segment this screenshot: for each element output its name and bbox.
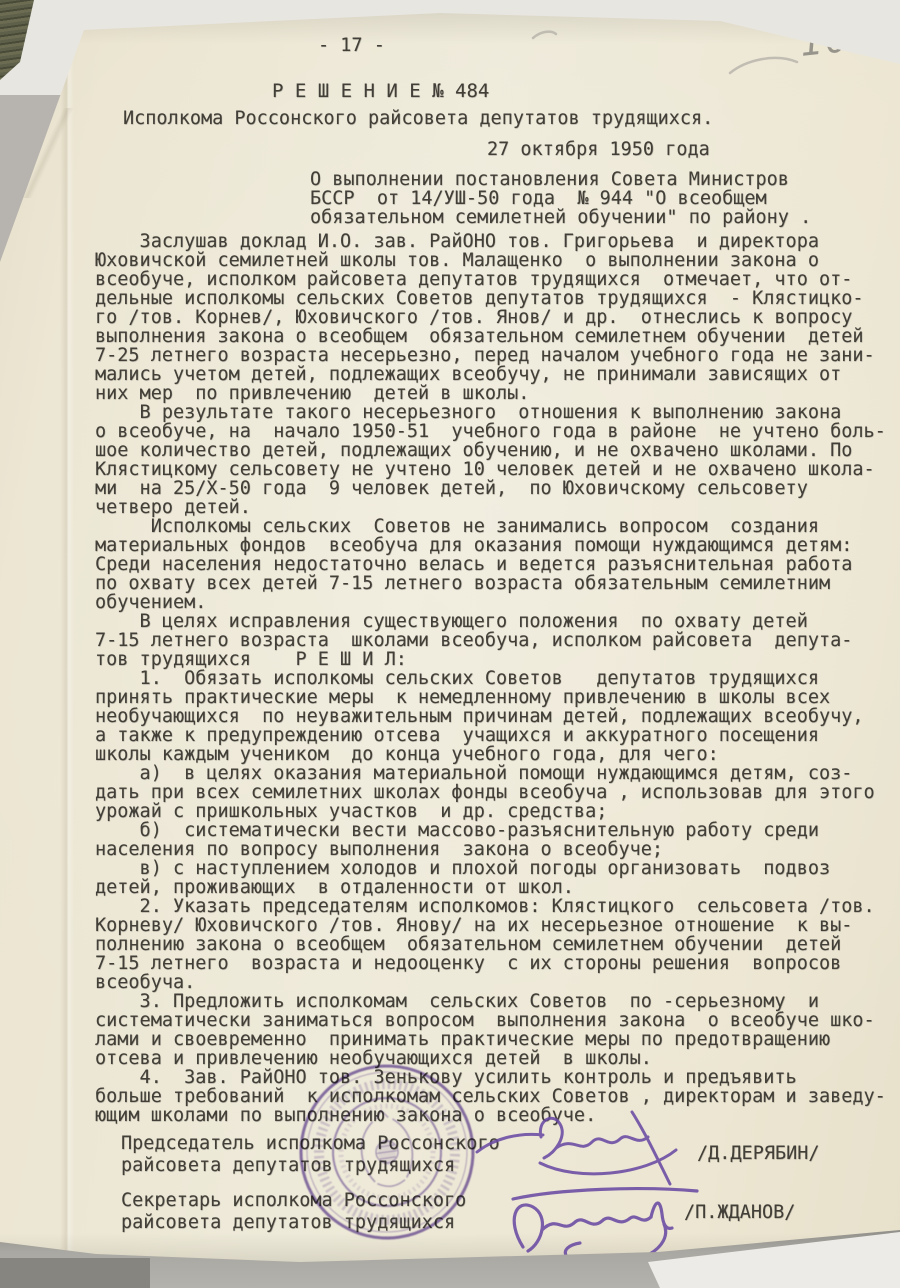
document-page: - 17 - 102 Р Е Ш Е Н И Е № 484 Исполкома… bbox=[0, 0, 900, 1288]
text-line: всеобуче, исполком райсовета депутатов т… bbox=[95, 270, 895, 289]
text-line: 7-25 летнего возраста несерьезно, перед … bbox=[95, 346, 895, 365]
signature-name-secretary: /П.ЖДАНОВ/ bbox=[684, 1203, 795, 1222]
text-line: тов трудящихся Р Е Ш И Л: bbox=[95, 650, 895, 669]
text-line: четверо детей. bbox=[95, 498, 895, 517]
text-line: всеобуча. bbox=[95, 973, 895, 992]
text-line: Среди населения недостаточно велась и ве… bbox=[95, 555, 895, 574]
text-line: о всеобуче, на начало 1950-51 учебного г… bbox=[95, 422, 895, 441]
text-line: полнению закона о всеобщем обязательном … bbox=[95, 935, 895, 954]
page-crease bbox=[0, 108, 95, 198]
text-line: школы каждым учеником до конца учебного … bbox=[95, 745, 895, 764]
text-line: урожай с пришкольных участков и др. сред… bbox=[95, 802, 895, 821]
text-line: населения по вопросу выполнения закона о… bbox=[95, 840, 895, 859]
document-body: Заслушав доклад И.О. зав. РайОНО тов. Гр… bbox=[95, 232, 895, 1125]
text-line: 1. Обязать исполкомы сельских Советов де… bbox=[95, 669, 895, 688]
signature-name-chairman: /Д.ДЕРЯБИН/ bbox=[697, 1144, 820, 1163]
text-line: Исполкомы сельских Советов не занимались… bbox=[95, 517, 895, 536]
text-line: 2. Указать председателям исполкомов: Кля… bbox=[95, 897, 895, 916]
document-title: Р Е Ш Е Н И Е № 484 bbox=[272, 82, 489, 101]
text-line: дать при всех семилетних школах фонды вс… bbox=[95, 783, 895, 802]
text-line: мались учетом детей, подлежащих всеобучу… bbox=[95, 365, 895, 384]
text-line: ми на 25/Х-50 года 9 человек детей, по Ю… bbox=[95, 479, 895, 498]
text-line: Заслушав доклад И.О. зав. РайОНО тов. Гр… bbox=[95, 232, 895, 251]
resolution-item-1a: а) в целях оказания материальной помощи … bbox=[95, 764, 895, 821]
text-line: В результате такого несерьезного отношен… bbox=[95, 403, 895, 422]
scan-background-bottom-shadow bbox=[0, 1258, 150, 1288]
text-line: Клястицкому сельсовету не учтено 10 чело… bbox=[95, 460, 895, 479]
text-line: детей, проживающих в отдаленности от шко… bbox=[95, 878, 895, 897]
text-line: обучением. bbox=[95, 593, 895, 612]
text-line: обязательном семилетней обучении" по рай… bbox=[310, 208, 811, 227]
text-line: Юховичской семилетней школы тов. Малащен… bbox=[95, 251, 895, 270]
resolution-item-1: 1. Обязать исполкомы сельских Советов де… bbox=[95, 669, 895, 764]
text-line: материальных фондов всеобуча для оказани… bbox=[95, 536, 895, 555]
text-line: 7-15 летнего возраста школами всеобуча, … bbox=[95, 631, 895, 650]
text-line: 7-15 летнего возраста и недооценку с их … bbox=[95, 954, 895, 973]
page-number: - 17 - bbox=[318, 36, 385, 55]
text-line: го /тов. Корнев/, Юховичского /тов. Янов… bbox=[95, 308, 895, 327]
text-line: шое количество детей, подлежащих обучени… bbox=[95, 441, 895, 460]
text-line: В целях исправления существующего положе… bbox=[95, 612, 895, 631]
text-line: а) в целях оказания материальной помощи … bbox=[95, 764, 895, 783]
official-round-stamp bbox=[275, 1040, 499, 1264]
text-line: выполнения закона о всеобщем обязательно… bbox=[95, 327, 895, 346]
text-line: Корневу/ Юховичского /тов. Янову/ на их … bbox=[95, 916, 895, 935]
paragraph-resolved-intro: В целях исправления существующего положе… bbox=[95, 612, 895, 669]
text-line: 3. Предложить исполкомам сельских Совето… bbox=[95, 992, 895, 1011]
text-line: принять практические меры к немедленному… bbox=[95, 688, 895, 707]
text-line: О выполнении постановления Совета Минист… bbox=[310, 170, 811, 189]
document-date: 27 октября 1950 года bbox=[487, 140, 710, 159]
paragraph-preamble: Заслушав доклад И.О. зав. РайОНО тов. Гр… bbox=[95, 232, 895, 403]
text-line: в) с наступлением холодов и плохой погод… bbox=[95, 859, 895, 878]
resolution-item-1v: в) с наступлением холодов и плохой погод… bbox=[95, 859, 895, 897]
text-line: а также к предупреждению отсева учащихся… bbox=[95, 726, 895, 745]
text-line: необучающихся по неуважительным причинам… bbox=[95, 707, 895, 726]
issuing-body: Исполкома Россонского райсовета депутато… bbox=[123, 109, 713, 128]
subject-block: О выполнении постановления Совета Минист… bbox=[310, 170, 811, 227]
paragraph-findings-1: В результате такого несерьезного отношен… bbox=[95, 403, 895, 517]
text-line: по охвату всех детей 7-15 летнего возрас… bbox=[95, 574, 895, 593]
text-line: них мер по привлечению детей в школы. bbox=[95, 384, 895, 403]
text-line: систематически заниматься вопросом выпол… bbox=[95, 1011, 895, 1030]
scanned-document: - 17 - 102 Р Е Ш Е Н И Е № 484 Исполкома… bbox=[0, 0, 900, 1288]
paragraph-findings-2: Исполкомы сельских Советов не занимались… bbox=[95, 517, 895, 612]
text-line: б) систематически вести массово-разъясни… bbox=[95, 821, 895, 840]
resolution-item-2: 2. Указать председателям исполкомов: Кля… bbox=[95, 897, 895, 992]
resolution-item-1b: б) систематически вести массово-разъясни… bbox=[95, 821, 895, 859]
text-line: БССР от 14/УШ-50 года № 944 "О всеобщем bbox=[310, 189, 811, 208]
text-line: дельные исполкомы сельских Советов депут… bbox=[95, 289, 895, 308]
